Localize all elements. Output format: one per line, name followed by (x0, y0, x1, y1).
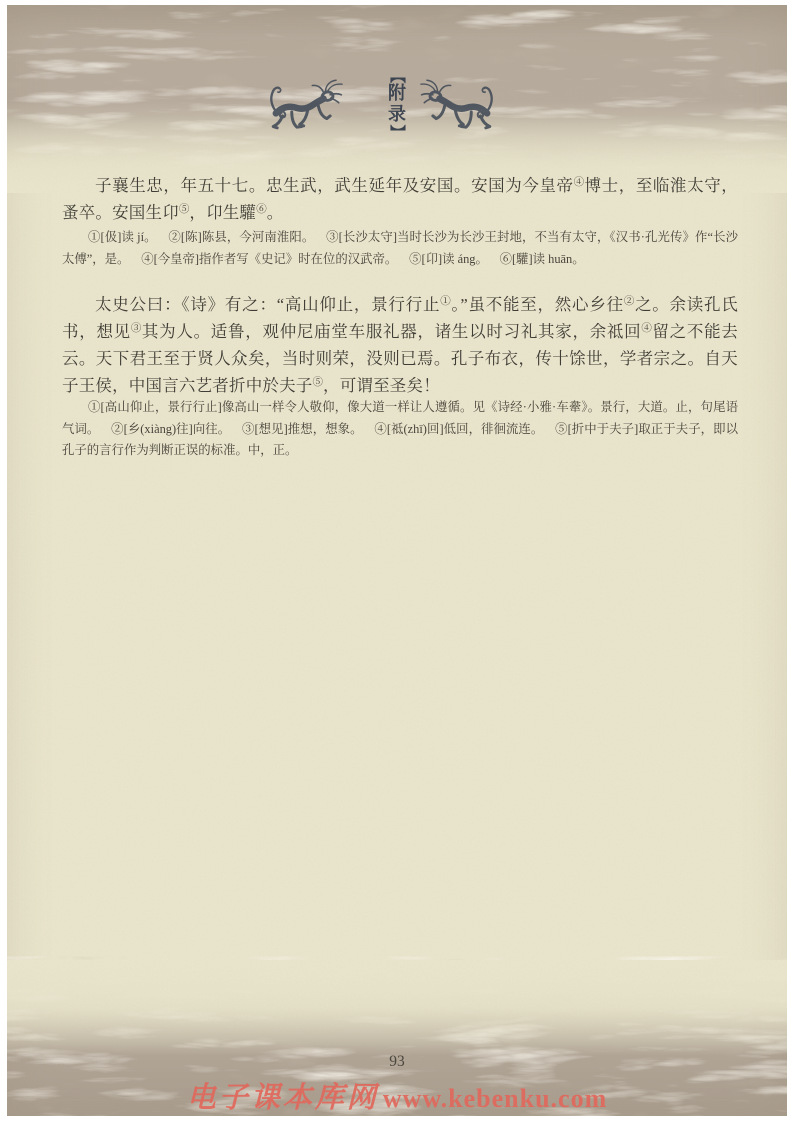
watermark: 电子课本库网 www.kebenku.com (7, 1075, 787, 1116)
footnote-entry: ②[陈]陈县，今河南淮阳。 (168, 230, 314, 244)
appendix-title: 【 附 录 】 (388, 69, 406, 139)
watermark-site-name: 电子课本库网 (187, 1082, 379, 1114)
footnote-ref: ④ (641, 323, 652, 334)
footnote-ref: ④ (574, 177, 585, 188)
paragraph-genealogy: 子襄生忠，年五十七。忠生武，武生延年及安国。安国为今皇帝④博士，至临淮太守，蚤卒… (62, 172, 738, 226)
dragon-stamp-left-icon (260, 77, 346, 141)
scanned-page: 【 附 录 】 (0, 0, 794, 1123)
footnote-entry: ④[祗(zhī)回]低回，徘徊流连。 (374, 422, 543, 436)
footnote-ref: ③ (131, 323, 142, 334)
footnotes-block-1: ①[伋]读 jí。②[陈]陈县，今河南淮阳。③[长沙太守]当时长沙为长沙王封地，… (62, 227, 738, 270)
title-char-lu: 录 (388, 104, 406, 125)
footnote-entry: ②[乡(xiàng)往]向往。 (111, 422, 230, 436)
text-run: 其为人。适鲁，观仲尼庙堂车服礼器，诸生以时习礼其家，余祗回 (142, 322, 641, 341)
watermark-url: www.kebenku.com (383, 1084, 607, 1113)
footnote-entry: ⑥[驩]读 huān。 (500, 252, 585, 266)
page-header: 【 附 录 】 (7, 67, 787, 151)
footnote-entry: ⑤[卬]读 áng。 (409, 252, 488, 266)
footnote-entry: ①[伋]读 jí。 (88, 230, 157, 244)
bracket-bottom-icon: 】 (390, 124, 404, 139)
footnote-ref: ② (624, 296, 635, 307)
footnote-entry: ④[今皇帝]指作者写《史记》时在位的汉武帝。 (141, 252, 397, 266)
footnote-entry: ③[想见]推想，想象。 (242, 422, 363, 436)
footnotes-block-2: ①[高山仰止，景行行止]像高山一样令人敬仰，像大道一样让人遵循。见《诗经·小雅·… (62, 397, 738, 462)
text-run: ，卬生驩 (189, 203, 256, 222)
paragraph-taishigong: 太史公曰：《诗》有之：“高山仰止，景行行止①。”虽不能至，然心乡往②之。余读孔氏… (62, 291, 738, 399)
footnote-ref: ⑥ (256, 204, 267, 215)
footnote-ref: ⑤ (179, 204, 190, 215)
title-char-fu: 附 (388, 83, 406, 104)
page-paper: 【 附 录 】 (7, 5, 787, 1116)
dragon-stamp-right-icon (417, 77, 503, 141)
footnote-ref: ⑤ (313, 377, 324, 388)
text-run: 。 (267, 203, 284, 222)
footnote-ref: ① (440, 296, 451, 307)
text-run: 子襄生忠，年五十七。忠生武，武生延年及安国。安国为今皇帝 (95, 176, 574, 195)
text-run: 。”虽不能至，然心乡往 (451, 295, 624, 314)
text-run: 太史公曰：《诗》有之：“高山仰止，景行行止 (95, 295, 440, 314)
text-run: ，可谓至圣矣！ (323, 376, 440, 395)
bracket-top-icon: 【 (390, 68, 404, 83)
page-number: 93 (7, 1053, 787, 1071)
